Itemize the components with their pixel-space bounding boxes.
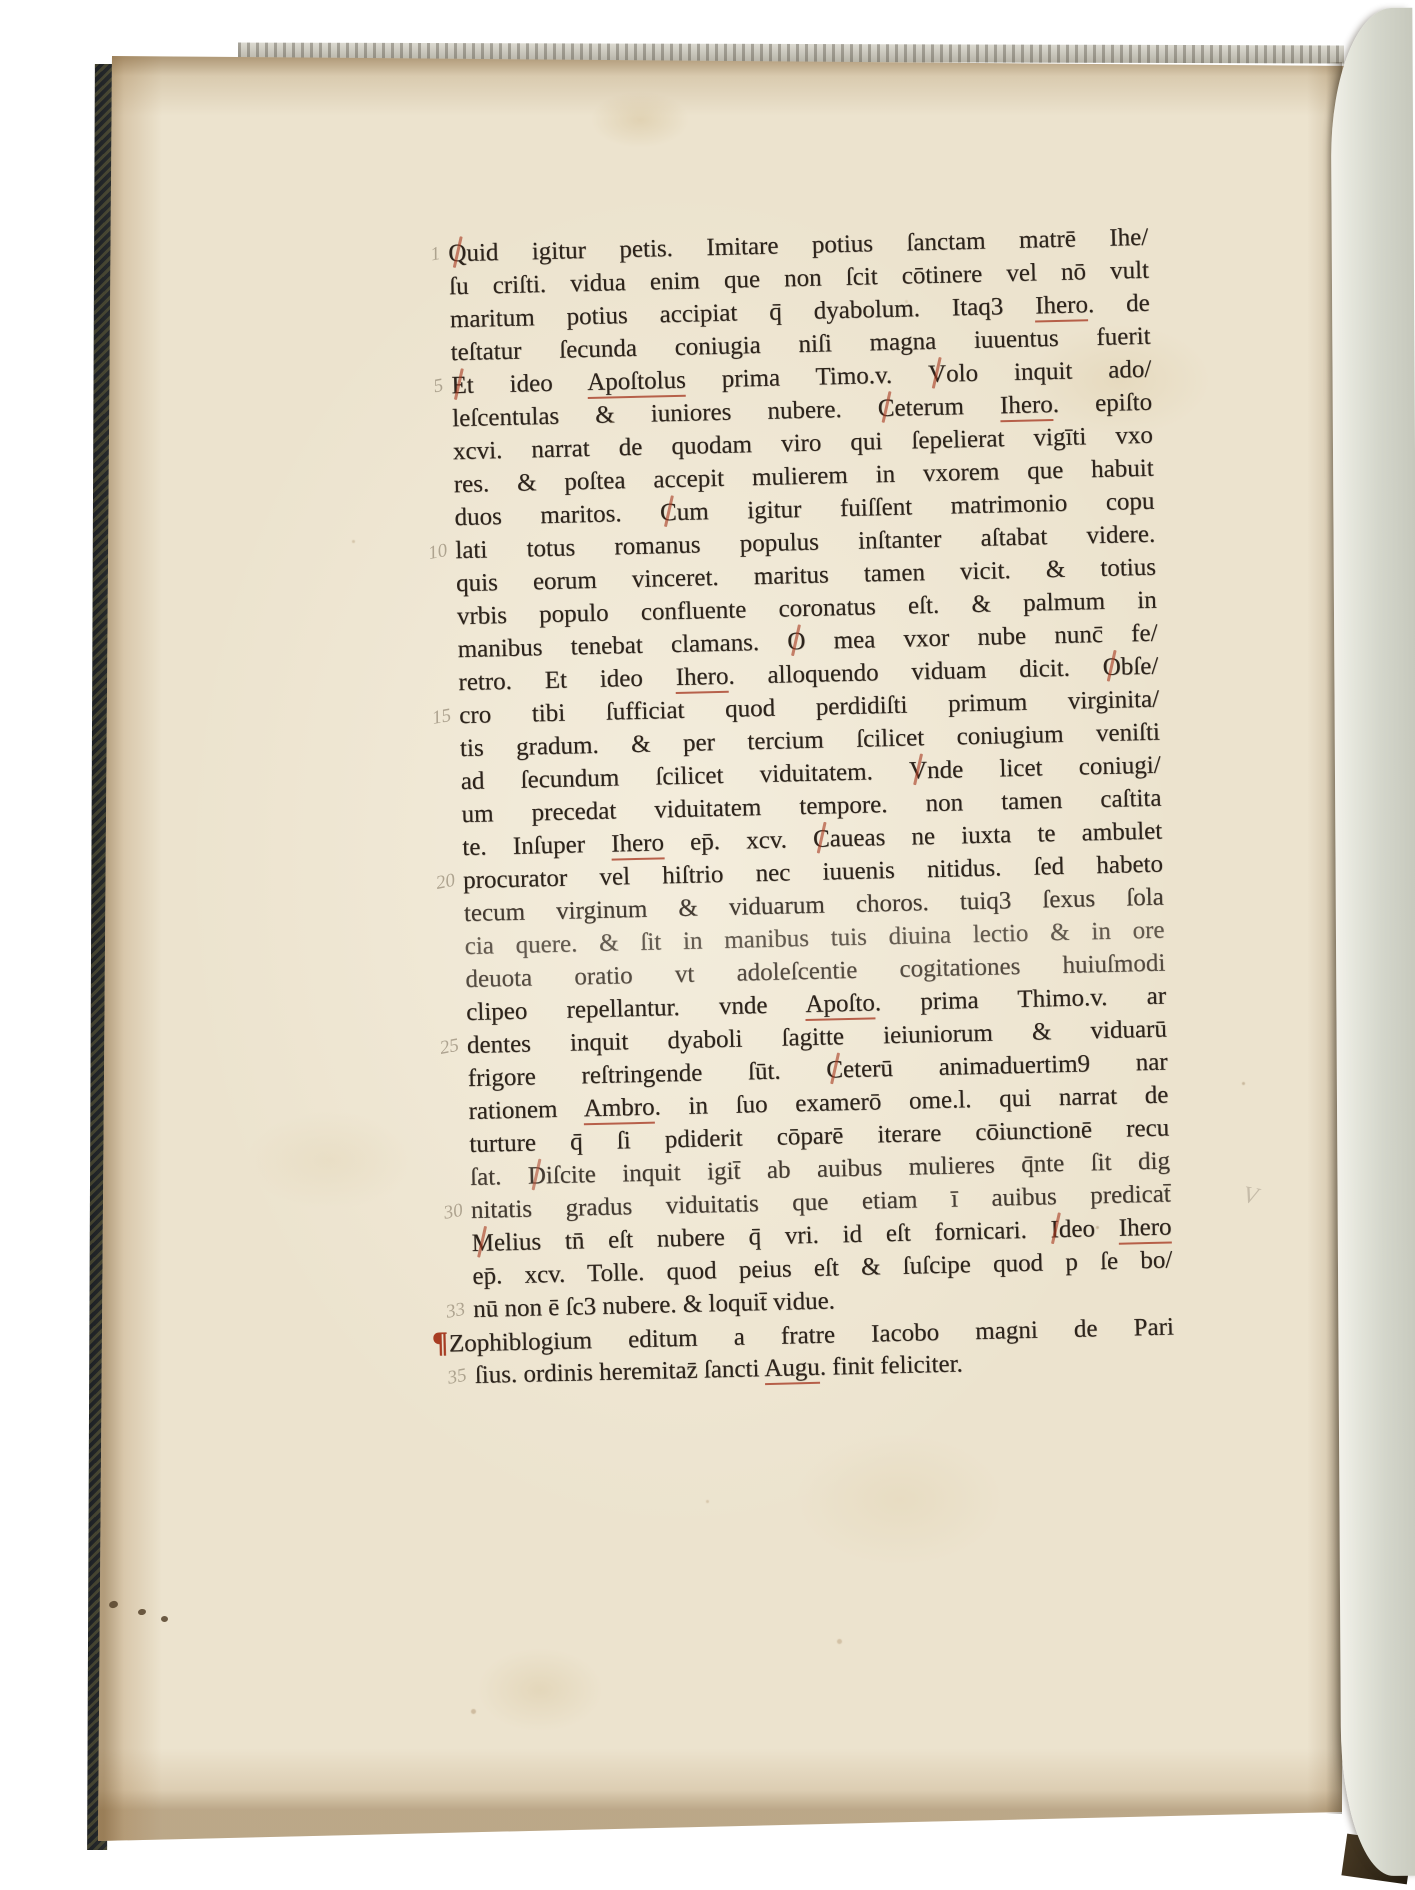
rubricated-initial: I [1050, 1213, 1059, 1246]
red-underlined-name: Ihero [611, 829, 664, 860]
rubricated-initial: O [1102, 651, 1121, 684]
next-leaf-fore-edge [1330, 8, 1415, 1876]
rubricated-initial: C [877, 392, 894, 425]
printed-text-block: 1Quid igitur petis. Imitare potius ſanct… [448, 221, 1175, 1392]
red-underlined-name: Apoſtolus [587, 367, 686, 399]
red-underlined-name: Ambro [583, 1094, 655, 1126]
rubricated-initial: C [660, 496, 677, 529]
rubricated-initial: C [813, 822, 830, 855]
rubricated-initial: Q [448, 237, 467, 270]
red-pilcrow: ¶ [432, 1327, 447, 1359]
red-underlined-name: Ihero [1000, 391, 1053, 422]
foxing-specks [0, 0, 3, 3]
printed-line-text: nū non ē ſc3 nubere. & loquit̄ vidue. [473, 1287, 835, 1323]
red-underlined-name: Ihero [1118, 1213, 1171, 1244]
red-underlined-name: Augu [764, 1354, 820, 1385]
book-photo: 1Quid igitur petis. Imitare potius ſanct… [0, 0, 1415, 1890]
ink-spot [161, 1616, 168, 1622]
rubricated-initial: M [471, 1226, 494, 1260]
rubricated-initial: D [527, 1159, 546, 1192]
rubricated-initial: E [451, 369, 467, 402]
rubricated-initial: V [928, 358, 947, 391]
rubricated-initial: O [787, 625, 806, 658]
rubricated-initial: C [826, 1053, 843, 1086]
rubricated-initial: V [909, 754, 928, 787]
red-underlined-name: Ihero [675, 663, 728, 694]
red-underlined-name: Apoſto [805, 989, 875, 1021]
red-underlined-name: Ihero [1035, 291, 1088, 322]
